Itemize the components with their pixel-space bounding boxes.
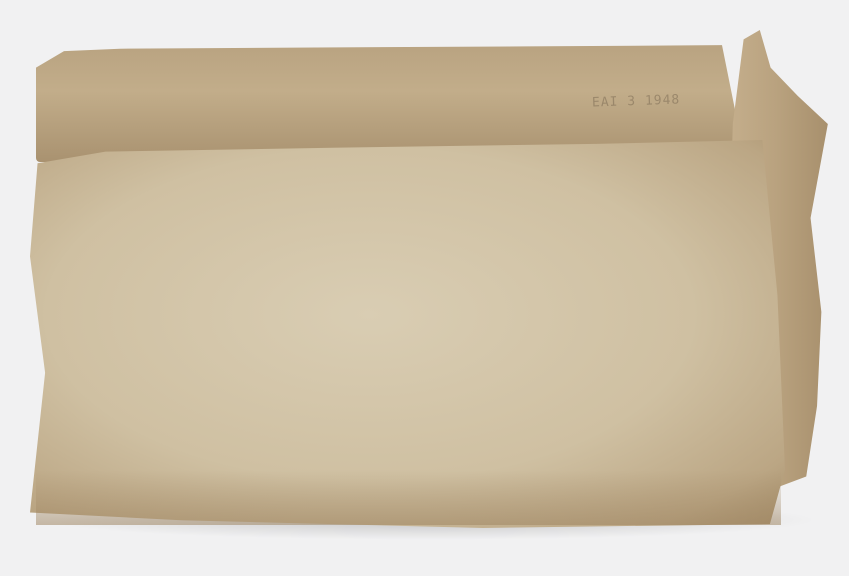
pencil-inscription: EAI 3 1948 — [592, 92, 681, 110]
bottom-stain-band — [36, 470, 781, 525]
parcel-photo: EAI 3 1948 — [0, 0, 849, 576]
